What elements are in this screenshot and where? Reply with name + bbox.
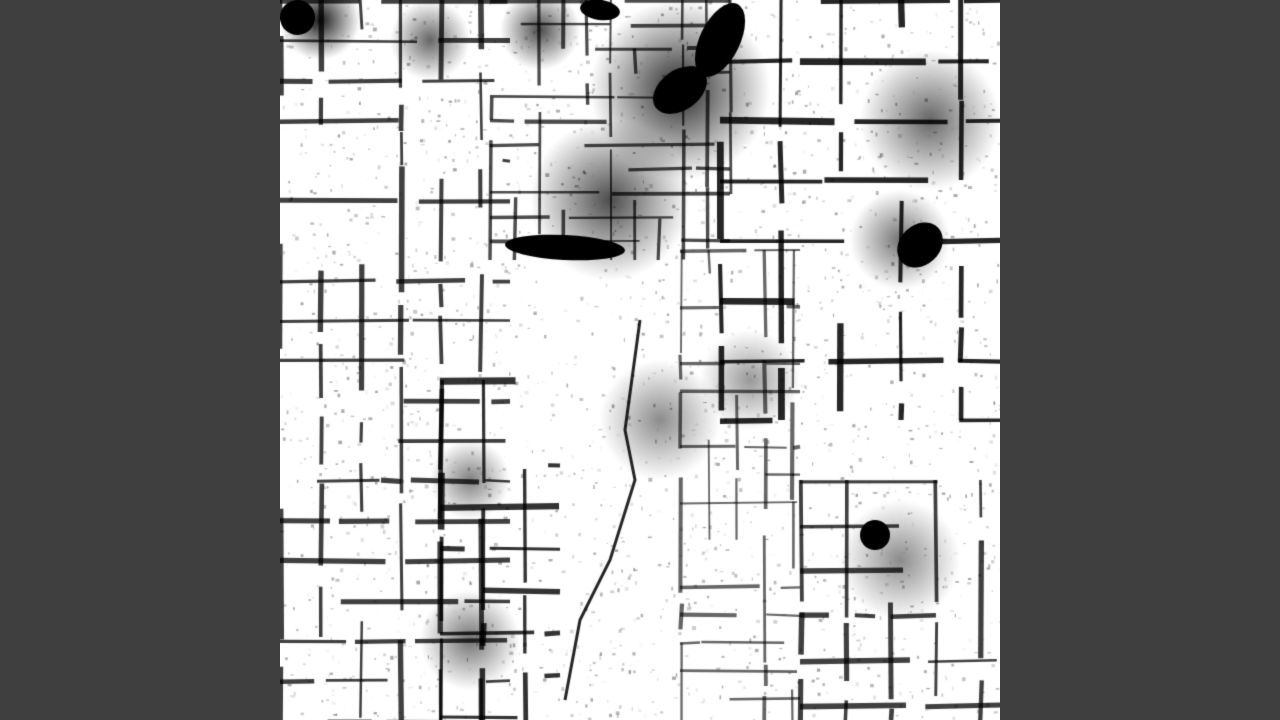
artwork-canvas	[280, 0, 1000, 720]
letterbox-left	[0, 0, 280, 720]
letterbox-right	[1000, 0, 1280, 720]
album-artwork	[280, 0, 1000, 720]
